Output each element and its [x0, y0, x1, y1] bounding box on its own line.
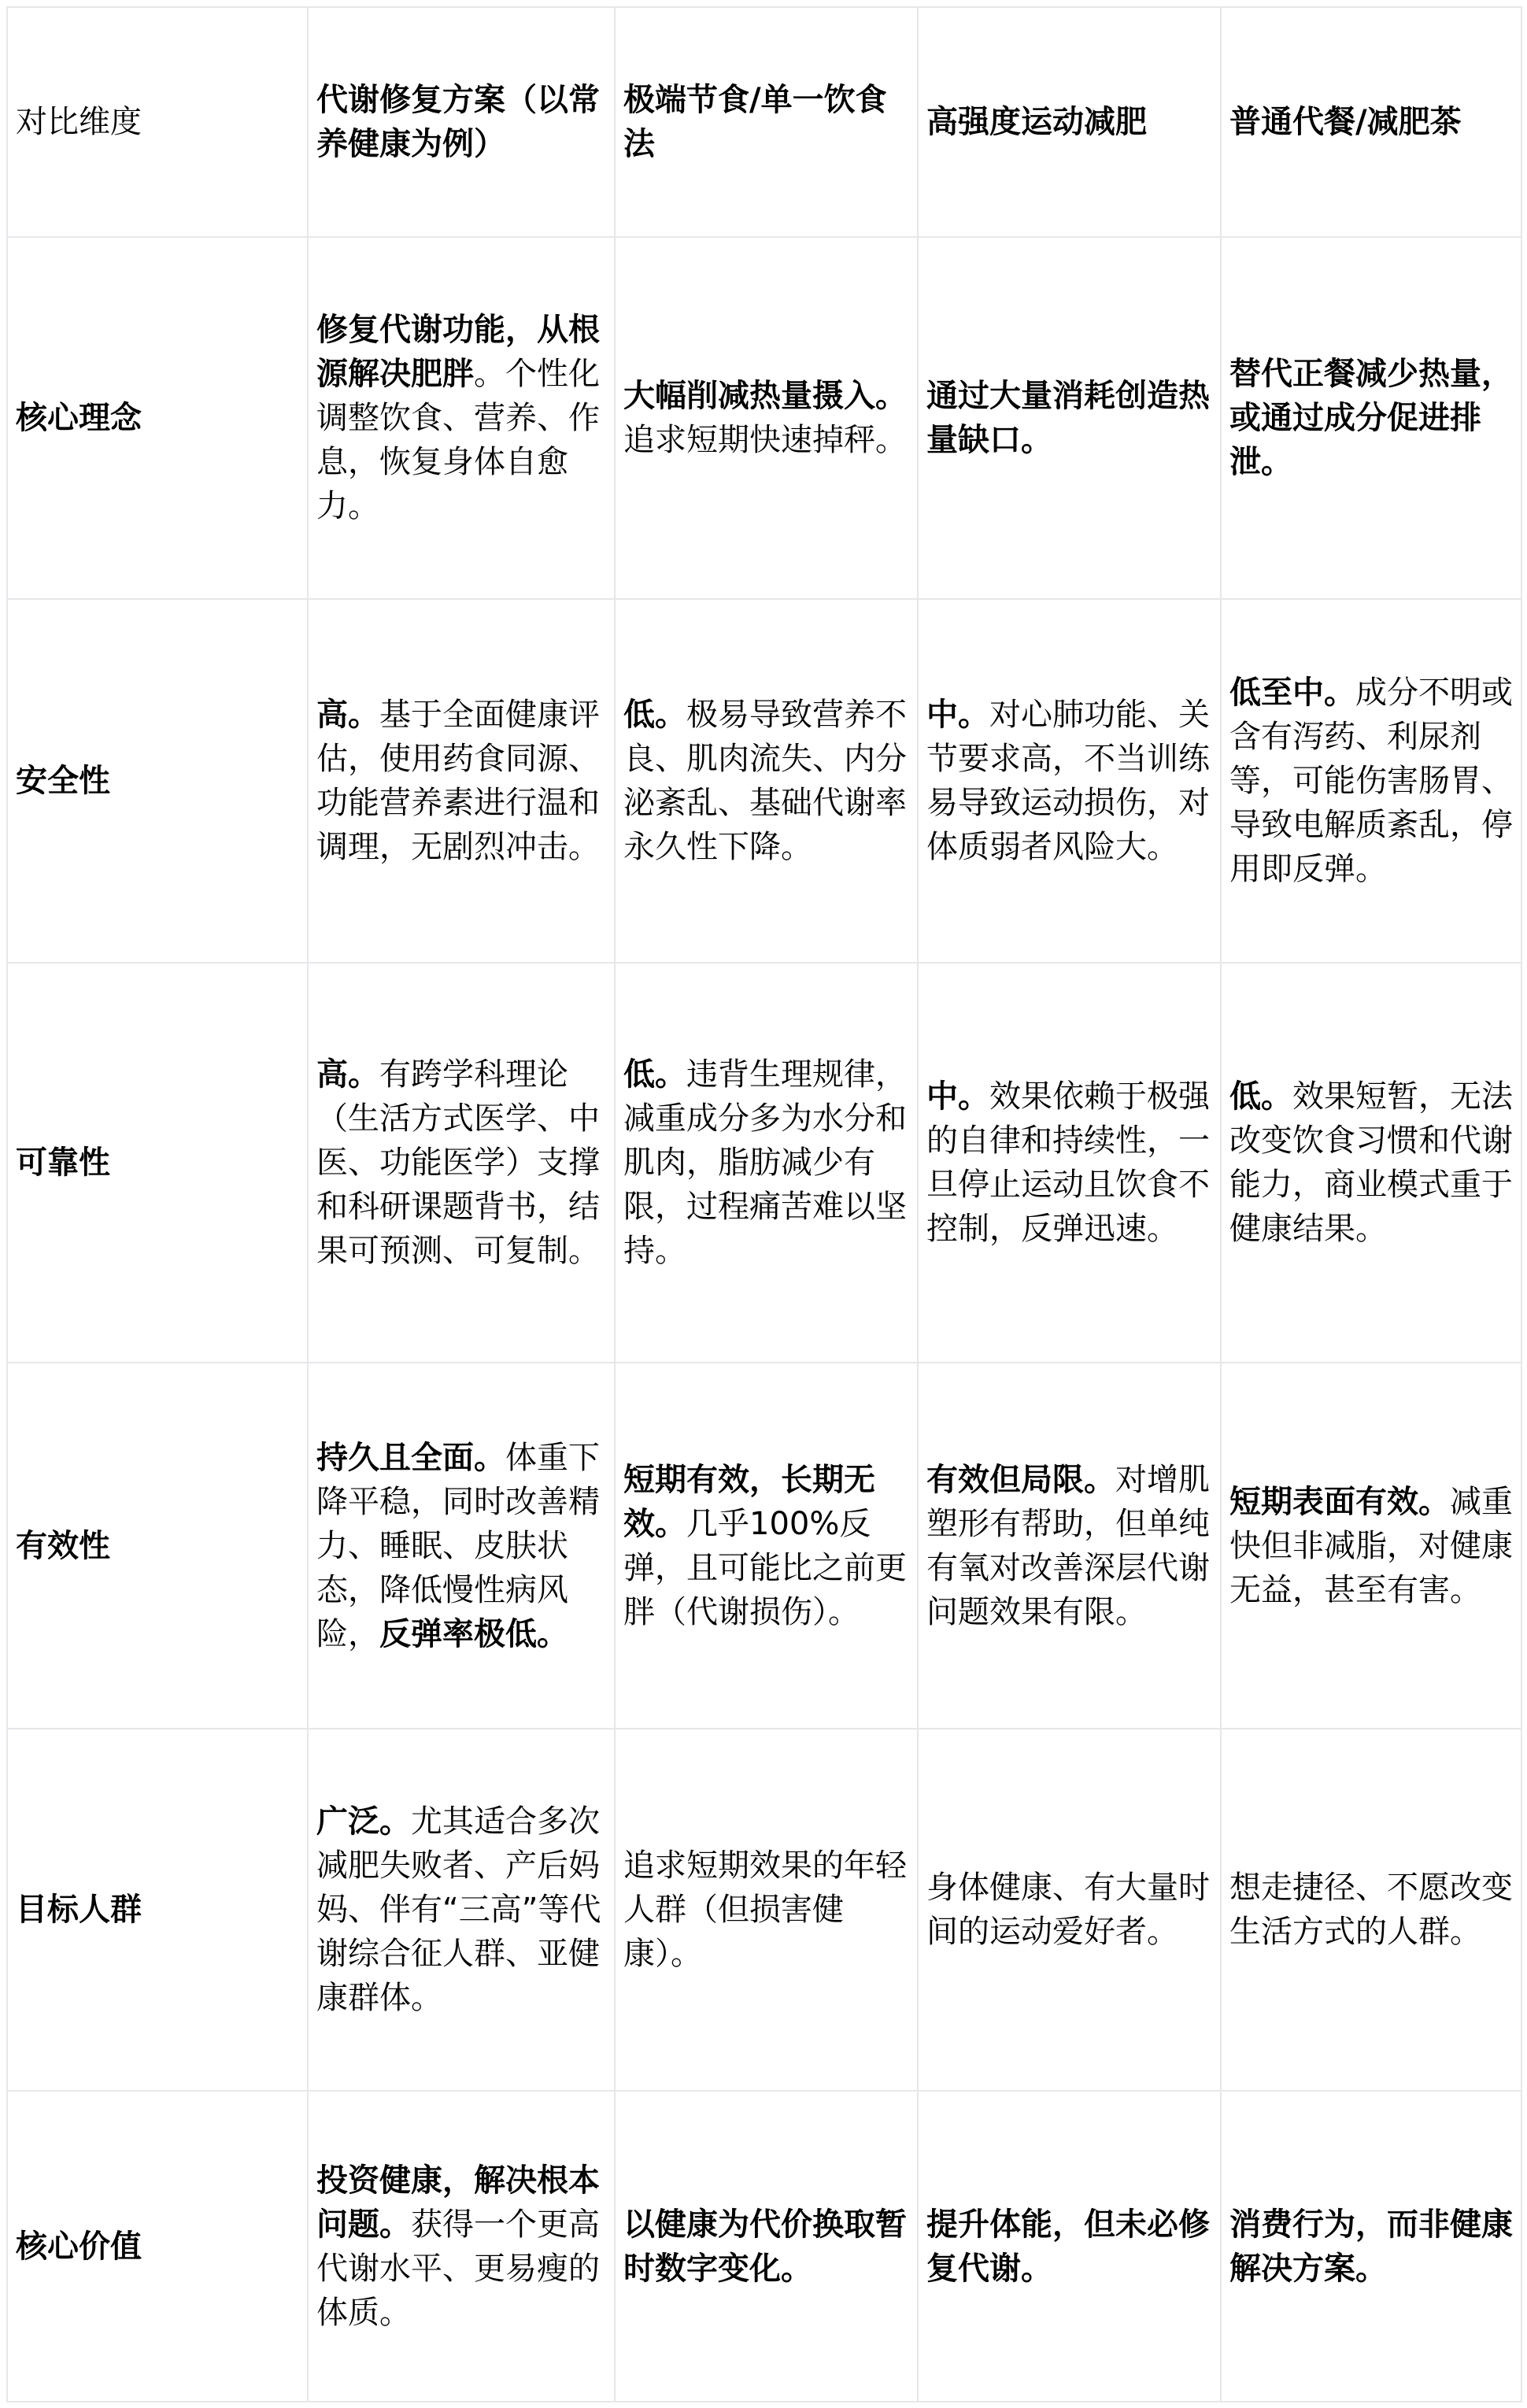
cell-text: 身体健康、有大量时间的运动爱好者。	[926, 1870, 1210, 1950]
table-cell: 高。有跨学科理论（生活方式医学、中医、功能医学）支撑和科研课题背书，结果可预测、…	[308, 963, 615, 1363]
table-cell: 低至中。成分不明或含有泻药、利尿剂等，可能伤害肠胃、导致电解质紊乱，停用即反弹。	[1221, 599, 1521, 963]
table-cell: 替代正餐减少热量，或通过成分促进排泄。	[1221, 237, 1521, 599]
cell-highlight: 低。	[623, 1056, 686, 1093]
cell-highlight: 中。	[926, 1078, 989, 1115]
cell-highlight: 替代正餐减少热量，或通过成分促进排泄。	[1229, 356, 1513, 480]
table-cell: 高。基于全面健康评估，使用药食同源、功能营养素进行温和调理，无剧烈冲击。	[308, 599, 615, 963]
table-cell: 中。对心肺功能、关节要求高，不当训练易导致运动损伤，对体质弱者风险大。	[918, 599, 1221, 963]
table-cell: 消费行为，而非健康解决方案。	[1221, 2091, 1521, 2402]
cell-highlight: 提升体能，但未必修复代谢。	[926, 2206, 1210, 2287]
table-cell: 短期表面有效。减重快但非减脂，对健康无益，甚至有害。	[1221, 1363, 1521, 1729]
table-cell: 大幅削减热量摄入。追求短期快速掉秤。	[615, 237, 918, 599]
cell-text: 追求短期快速掉秤。	[623, 422, 907, 458]
table-cell: 低。效果短暂，无法改变饮食习惯和代谢能力，商业模式重于健康结果。	[1221, 963, 1521, 1363]
table-cell: 修复代谢功能，从根源解决肥胖。个性化调整饮食、营养、作息，恢复身体自愈力。	[308, 237, 615, 599]
table-cell: 投资健康，解决根本问题。获得一个更高代谢水平、更易瘦的体质。	[308, 2091, 615, 2402]
cell-highlight: 高。	[316, 697, 379, 733]
cell-highlight: 持久且全面。	[316, 1440, 505, 1476]
cell-highlight: 高。	[316, 1056, 379, 1093]
cell-highlight: 有效但局限。	[926, 1462, 1115, 1498]
table-cell: 以健康为代价换取暂时数字变化。	[615, 2091, 918, 2402]
table-cell: 持久且全面。体重下降平稳，同时改善精力、睡眠、皮肤状态，降低慢性病风险，反弹率极…	[308, 1363, 615, 1729]
table-cell: 低。极易导致营养不良、肌肉流失、内分泌紊乱、基础代谢率永久性下降。	[615, 599, 918, 963]
table-cell: 提升体能，但未必修复代谢。	[918, 2091, 1221, 2402]
table-row-core-value: 核心价值投资健康，解决根本问题。获得一个更高代谢水平、更易瘦的体质。以健康为代价…	[7, 2091, 1521, 2402]
cell-highlight: 大幅削减热量摄入。	[623, 378, 907, 414]
table-row-core-concept: 核心理念修复代谢功能，从根源解决肥胖。个性化调整饮食、营养、作息，恢复身体自愈力…	[7, 237, 1521, 599]
table-cell: 有效但局限。对增肌塑形有帮助，但单纯有氧对改善深层代谢问题效果有限。	[918, 1363, 1221, 1729]
cell-highlight: 低。	[1229, 1078, 1292, 1115]
cell-highlight: 中。	[926, 697, 989, 733]
table-row-target-group: 目标人群广泛。尤其适合多次减肥失败者、产后妈妈、伴有“三高”等代谢综合征人群、亚…	[7, 1729, 1521, 2091]
header-high-intensity-exercise: 高强度运动减肥	[918, 7, 1221, 237]
cell-highlight: 通过大量消耗创造热量缺口。	[926, 378, 1210, 458]
cell-highlight: 短期表面有效。	[1229, 1484, 1450, 1520]
row-dimension: 目标人群	[7, 1729, 308, 2091]
header-metabolic-repair: 代谢修复方案（以常养健康为例）	[308, 7, 615, 237]
cell-highlight: 低至中。	[1229, 675, 1355, 711]
cell-highlight: 消费行为，而非健康解决方案。	[1229, 2206, 1513, 2287]
table-cell: 追求短期效果的年轻人群（但损害健康）。	[615, 1729, 918, 2091]
table-cell: 通过大量消耗创造热量缺口。	[918, 237, 1221, 599]
row-dimension: 核心价值	[7, 2091, 308, 2402]
cell-highlight: 广泛。	[316, 1803, 411, 1840]
row-dimension: 可靠性	[7, 963, 308, 1363]
table-row-reliability: 可靠性高。有跨学科理论（生活方式医学、中医、功能医学）支撑和科研课题背书，结果可…	[7, 963, 1521, 1363]
row-dimension: 安全性	[7, 599, 308, 963]
table-cell: 广泛。尤其适合多次减肥失败者、产后妈妈、伴有“三高”等代谢综合征人群、亚健康群体…	[308, 1729, 615, 2091]
table-cell: 想走捷径、不愿改变生活方式的人群。	[1221, 1729, 1521, 2091]
cell-tail-highlight: 反弹率极低。	[379, 1616, 568, 1652]
table-cell: 身体健康、有大量时间的运动爱好者。	[918, 1729, 1221, 2091]
header-meal-replacement: 普通代餐/减肥茶	[1221, 7, 1521, 237]
table-cell: 短期有效，长期无效。几乎100%反弹，且可能比之前更胖（代谢损伤）。	[615, 1363, 918, 1729]
header-extreme-diet: 极端节食/单一饮食法	[615, 7, 918, 237]
table-row-safety: 安全性高。基于全面健康评估，使用药食同源、功能营养素进行温和调理，无剧烈冲击。低…	[7, 599, 1521, 963]
cell-text: 想走捷径、不愿改变生活方式的人群。	[1229, 1870, 1513, 1950]
cell-text: 追求短期效果的年轻人群（但损害健康）。	[623, 1848, 907, 1972]
cell-highlight: 以健康为代价换取暂时数字变化。	[623, 2206, 907, 2287]
comparison-table: 对比维度 代谢修复方案（以常养健康为例） 极端节食/单一饮食法 高强度运动减肥 …	[6, 6, 1522, 2402]
table-cell: 中。效果依赖于极强的自律和持续性，一旦停止运动且饮食不控制，反弹迅速。	[918, 963, 1221, 1363]
header-dimension: 对比维度	[7, 7, 308, 237]
table-cell: 低。违背生理规律，减重成分多为水分和肌肉，脂肪减少有限，过程痛苦难以坚持。	[615, 963, 918, 1363]
row-dimension: 核心理念	[7, 237, 308, 599]
cell-highlight: 低。	[623, 697, 686, 733]
table-header-row: 对比维度 代谢修复方案（以常养健康为例） 极端节食/单一饮食法 高强度运动减肥 …	[7, 7, 1521, 237]
table-row-effectiveness: 有效性持久且全面。体重下降平稳，同时改善精力、睡眠、皮肤状态，降低慢性病风险，反…	[7, 1363, 1521, 1729]
row-dimension: 有效性	[7, 1363, 308, 1729]
